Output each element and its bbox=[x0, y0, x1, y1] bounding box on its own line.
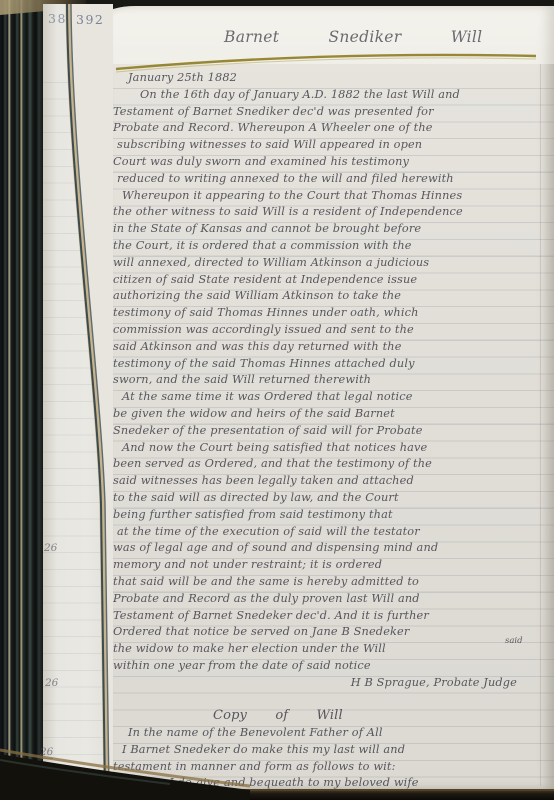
handwriting-line: Probate and Record. Whereupon A Wheeler … bbox=[113, 120, 551, 137]
date-line: January 25th 1882 bbox=[113, 70, 551, 87]
handwriting-line: at the time of the execution of said wil… bbox=[113, 524, 551, 541]
handwriting-line: said Atkinson and was this day returned … bbox=[113, 339, 551, 356]
margin-mark: 26 bbox=[45, 677, 58, 689]
handwriting-line: said witnesses has been legally taken an… bbox=[113, 473, 551, 490]
ledger-page: Barnet Snediker Will January 25th 1882 O… bbox=[106, 6, 554, 790]
book-binding-page-edges bbox=[0, 0, 44, 800]
handwriting-line: in the State of Kansas and cannot be bro… bbox=[113, 221, 551, 238]
inserted-word-above-line: said bbox=[505, 636, 523, 646]
handwriting-line: to the said will as directed by law, and… bbox=[113, 490, 551, 507]
handwriting-line: testimony of the said Thomas Hinnes atta… bbox=[113, 356, 551, 373]
handwriting-line: the widow to make her election under the… bbox=[113, 641, 551, 658]
page-number-partial: 38 bbox=[48, 11, 67, 26]
handwriting-line: citizen of said State resident at Indepe… bbox=[113, 272, 551, 289]
handwriting-line: subscribing witnesses to said Will appea… bbox=[113, 137, 551, 154]
handwriting-line: Court was duly sworn and examined his te… bbox=[113, 154, 551, 171]
handwritten-body: January 25th 1882 On the 16th day of Jan… bbox=[113, 70, 551, 792]
handwriting-line: within one year from the date of said no… bbox=[113, 658, 551, 675]
bottom-left-page-curl bbox=[0, 738, 250, 800]
handwriting-line: sworn, and the said Will returned therew… bbox=[113, 372, 551, 389]
leaf-edge-curve bbox=[43, 4, 113, 791]
probate-judge-signature: H B Sprague, Probate Judge bbox=[113, 675, 551, 692]
handwriting-line: will annexed, directed to William Atkins… bbox=[113, 255, 551, 272]
copy-of-will-heading: Copy of Will bbox=[113, 708, 551, 725]
handwriting-line: Snedeker of the presentation of said wil… bbox=[113, 423, 551, 440]
handwriting-line: authorizing the said William Atkinson to… bbox=[113, 288, 551, 305]
blank-line bbox=[113, 691, 551, 708]
handwriting-line: the other witness to said Will is a resi… bbox=[113, 204, 551, 221]
handwriting-line: was of legal age and of sound and dispen… bbox=[113, 540, 551, 557]
handwriting-line: And now the Court being satisfied that n… bbox=[113, 440, 551, 457]
handwriting-line: be given the widow and heirs of the said… bbox=[113, 406, 551, 423]
handwriting-line: memory and not under restraint; it is or… bbox=[113, 557, 551, 574]
handwriting-line: reduced to writing annexed to the will a… bbox=[113, 171, 551, 188]
handwriting-line: Testament of Barnet Snedeker dec'd. And … bbox=[113, 608, 551, 625]
margin-mark: 26 bbox=[44, 542, 57, 554]
handwriting-line: commission was accordingly issued and se… bbox=[113, 322, 551, 339]
handwriting-line: that said will be and the same is hereby… bbox=[113, 574, 551, 591]
handwriting-line: the Court, it is ordered that a commissi… bbox=[113, 238, 551, 255]
handwriting-line: Probate and Record as the duly proven la… bbox=[113, 591, 551, 608]
handwriting-line: Whereupon it appearing to the Court that… bbox=[113, 188, 551, 205]
handwriting-line: At the same time it was Ordered that leg… bbox=[113, 389, 551, 406]
handwriting-line: On the 16th day of January A.D. 1882 the… bbox=[113, 87, 551, 104]
handwriting-line: been served as Ordered, and that the tes… bbox=[113, 456, 551, 473]
handwriting-line: being further satisfied from said testim… bbox=[113, 507, 551, 524]
handwriting-line: testimony of said Thomas Hinnes under oa… bbox=[113, 305, 551, 322]
entry-title: Barnet Snediker Will bbox=[224, 28, 482, 46]
page-number: 392 bbox=[76, 12, 104, 27]
handwriting-line: Ordered that notice be served on Jane B … bbox=[113, 624, 551, 641]
ledger-photo: 38 392 26 26 26 Barnet Snediker Will Jan… bbox=[0, 0, 554, 800]
handwriting-line: Testament of Barnet Snediker dec'd was p… bbox=[113, 104, 551, 121]
